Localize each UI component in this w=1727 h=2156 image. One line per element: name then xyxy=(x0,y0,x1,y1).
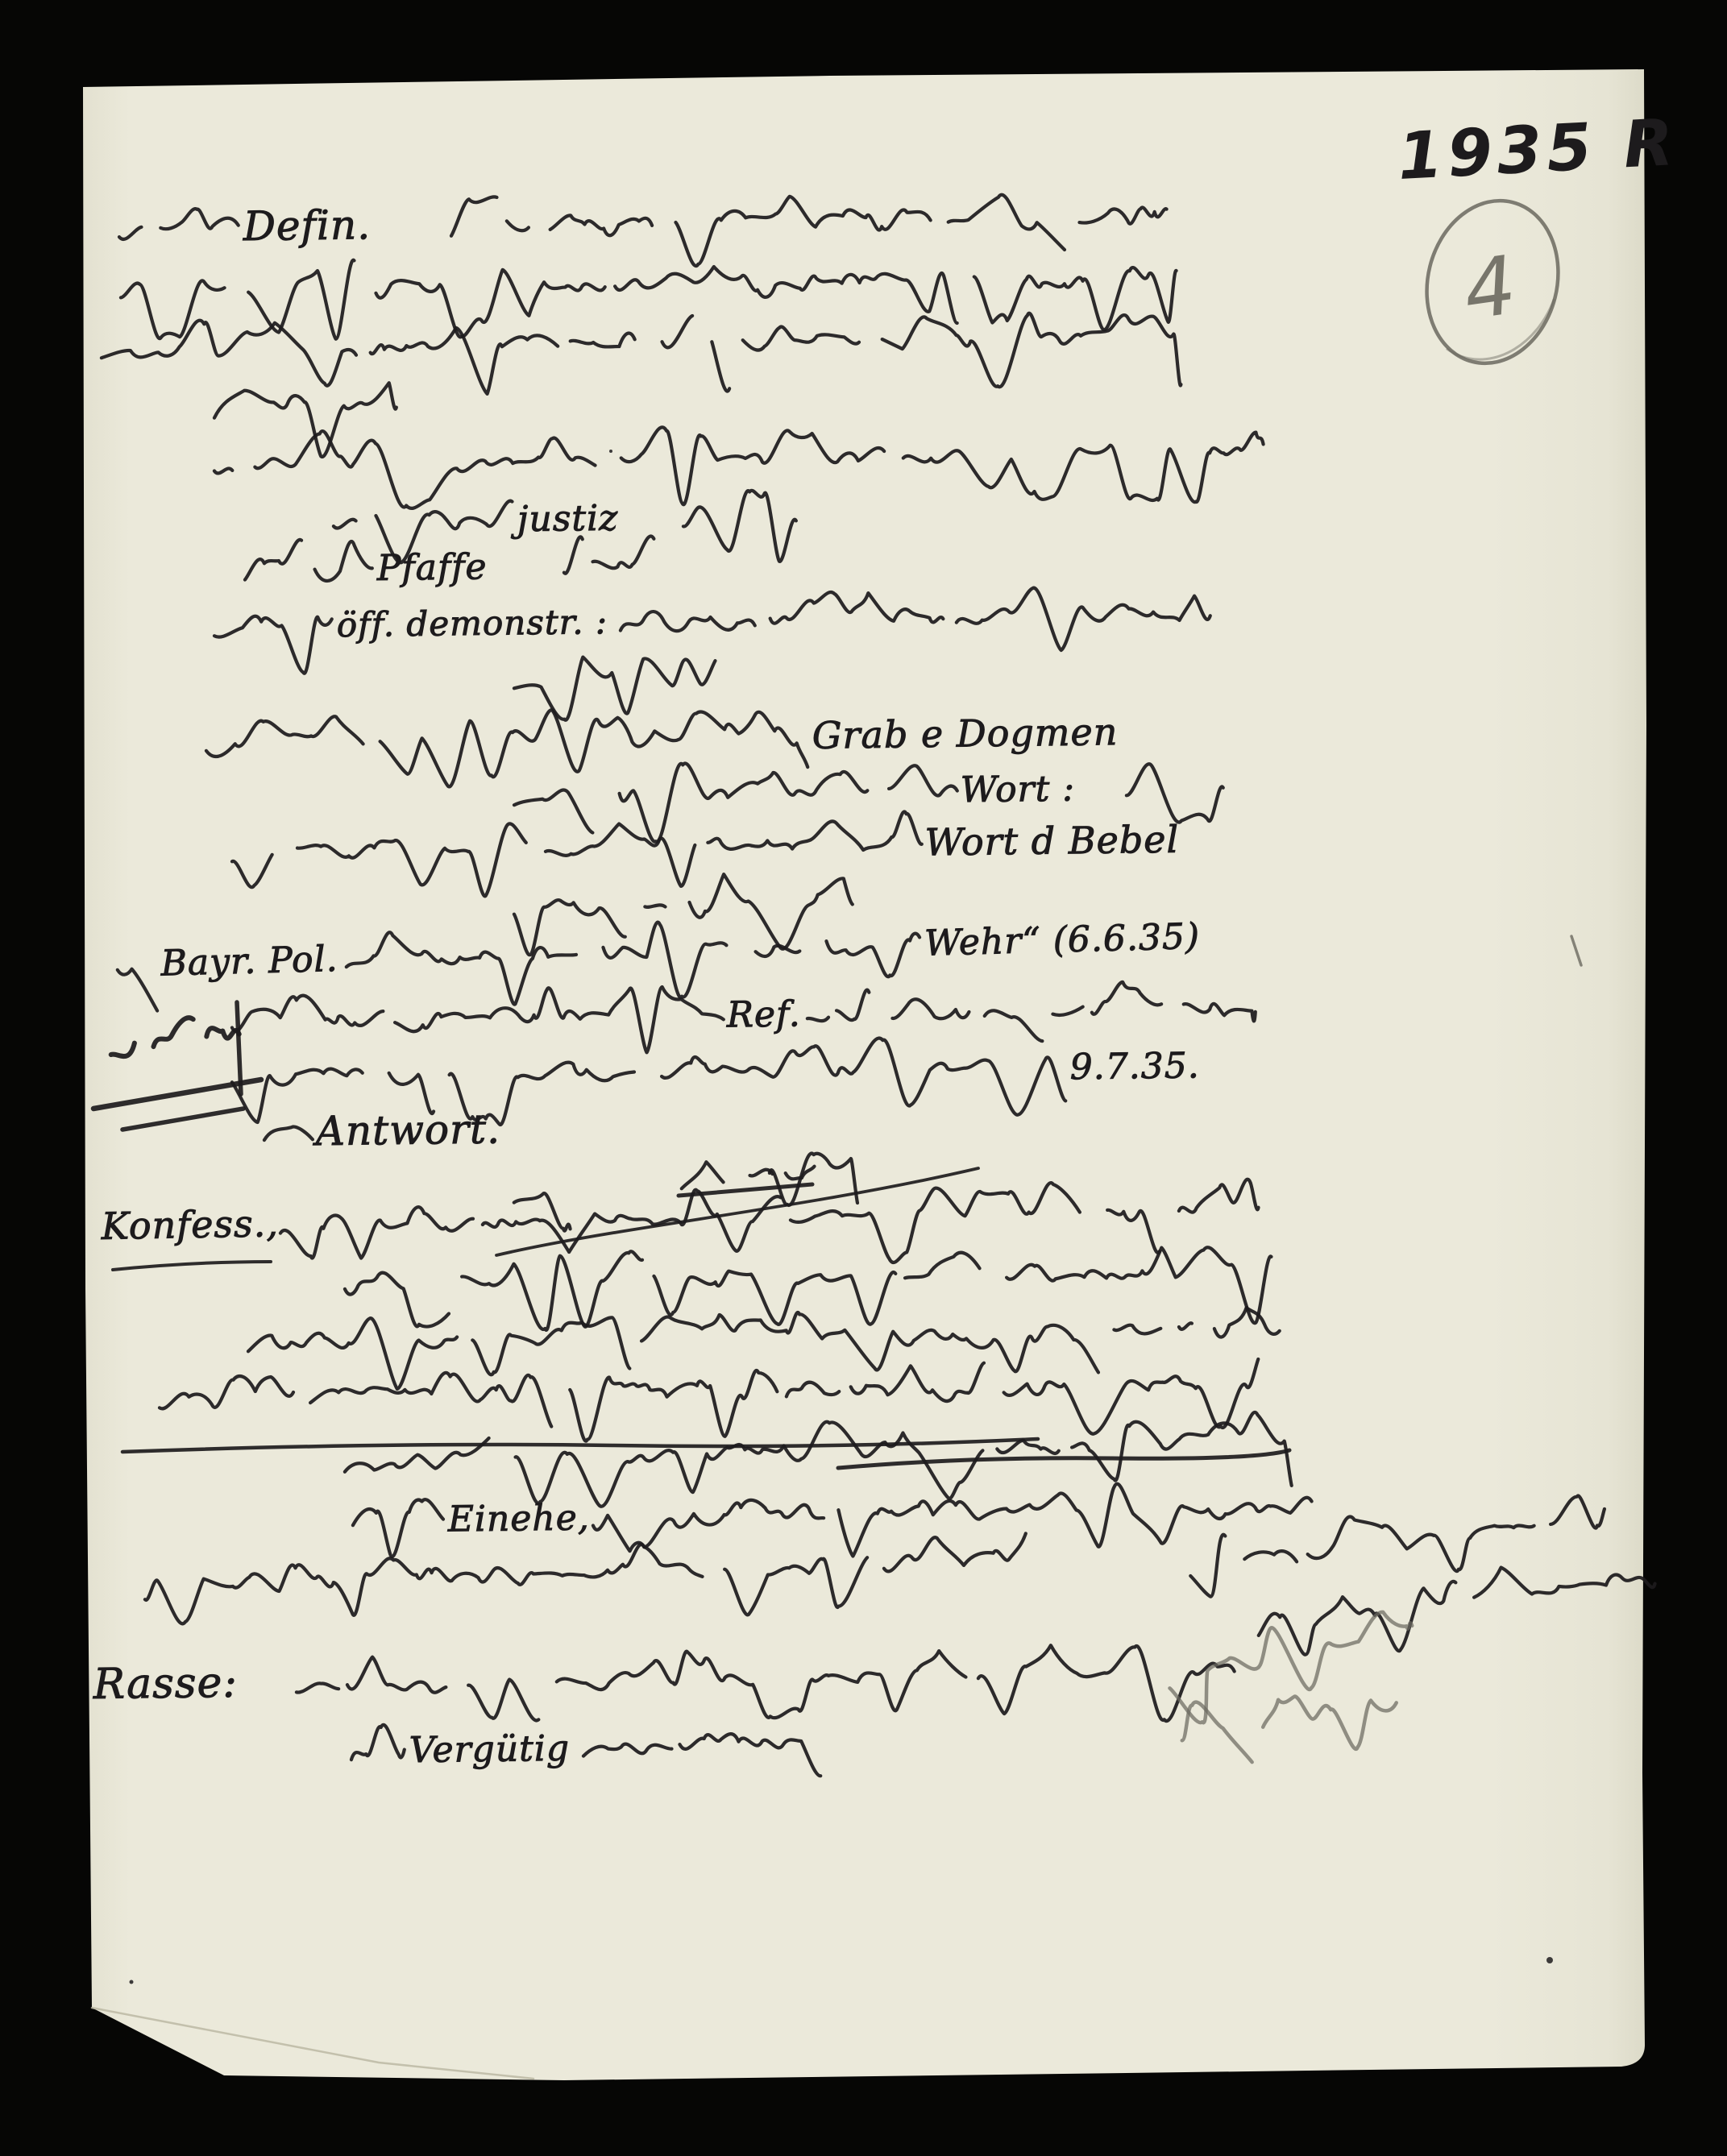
legible-word: Wort d Bebel xyxy=(924,818,1179,864)
legible-word: Wort : xyxy=(960,768,1075,811)
legible-word: Konfess., xyxy=(100,1201,279,1248)
legible-word: justiz xyxy=(509,498,618,541)
year-label: 1935 R xyxy=(1396,105,1679,194)
legible-word: Grab e Dogmen xyxy=(812,710,1118,757)
legible-word: Antwort. xyxy=(312,1105,500,1155)
scanned-page: Defin.justizPfaffeöff. demonstr. :Grab e… xyxy=(0,0,1727,2156)
legible-word: Rasse: xyxy=(92,1659,238,1709)
legible-word: öff. demonstr. : xyxy=(337,602,608,645)
legible-word: Defin. xyxy=(242,201,371,250)
legible-word: Bayr. Pol. xyxy=(160,939,338,985)
legible-word: Ref. xyxy=(725,993,800,1035)
legible-word: 9.7.35. xyxy=(1069,1045,1200,1088)
legible-word: Wehr“ (6.6.35) xyxy=(924,916,1201,964)
legible-word: Vergütig xyxy=(409,1728,571,1771)
manuscript-svg: Defin.justizPfaffeöff. demonstr. :Grab e… xyxy=(0,0,1727,2156)
legible-word: Pfaffe xyxy=(376,546,487,589)
ink-speck xyxy=(1546,1957,1553,1963)
paper-sheet xyxy=(83,69,1646,2080)
ink-speck xyxy=(609,450,612,453)
ink-speck xyxy=(130,1980,134,1984)
legible-word: Einehe, xyxy=(447,1497,591,1540)
